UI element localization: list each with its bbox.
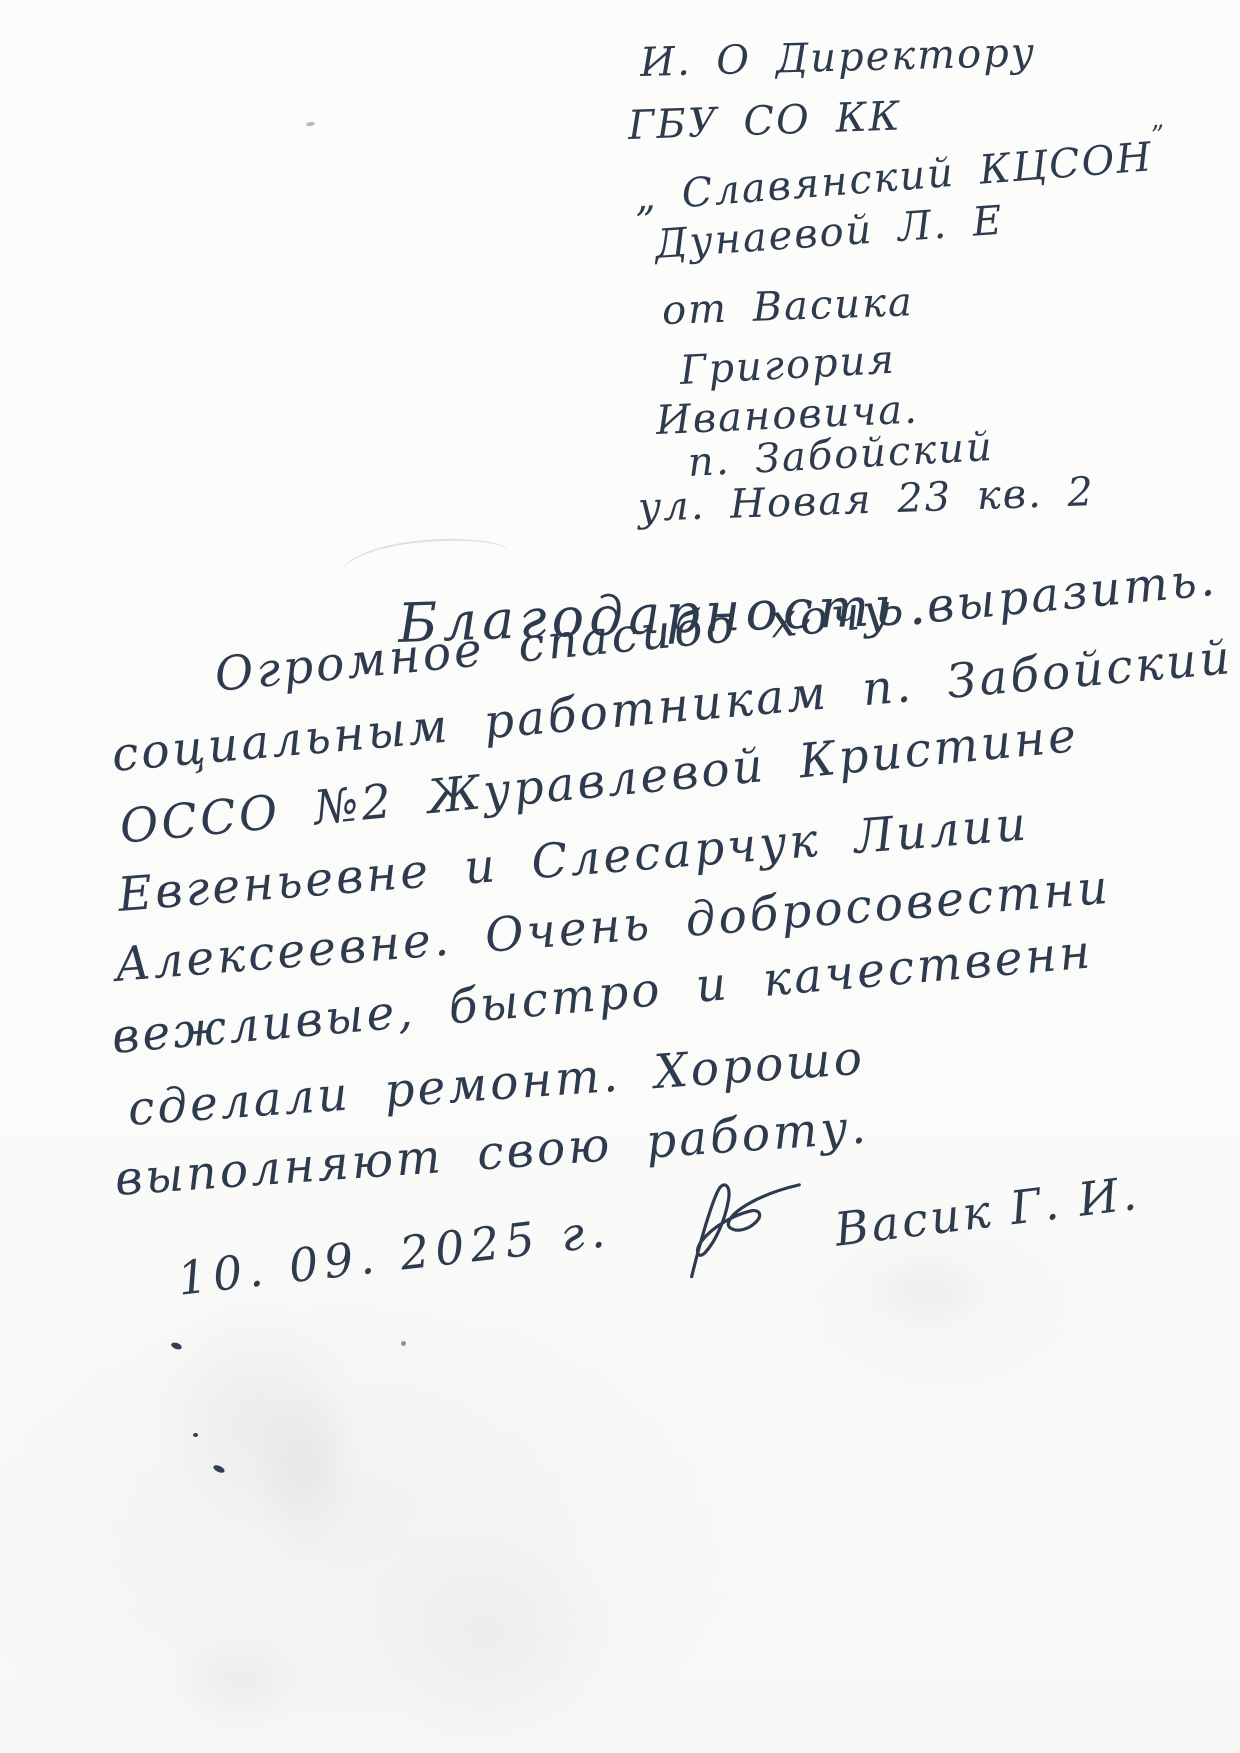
ink-speck	[306, 121, 316, 127]
header-line-org-abbr: ГБУ СО КК	[627, 93, 902, 149]
scan-smudge	[250, 1380, 360, 1560]
scan-smudge	[360, 1520, 620, 1750]
org-name-closing-quote: ”	[1150, 120, 1166, 151]
scanned-letter-page: И. О Директору ГБУ СО КК „ Славянский КЦ…	[0, 0, 1240, 1753]
scan-smudge	[150, 1300, 360, 1530]
ink-speck	[212, 1464, 225, 1475]
signature-paraph-icon	[673, 1170, 814, 1281]
signature-name: Васик Г. И.	[832, 1166, 1142, 1257]
ink-speck	[170, 1341, 182, 1350]
ink-speck	[193, 1433, 198, 1437]
header-line-from: от Васика	[661, 279, 914, 334]
ink-speck	[401, 1341, 406, 1346]
header-line-sender-firstname: Григория	[679, 337, 897, 394]
faint-pen-stroke	[339, 531, 511, 577]
scan-smudge	[170, 1630, 310, 1730]
letter-date: 10. 09. 2025 г.	[175, 1203, 613, 1306]
header-line-addressee-role: И. О Директору	[639, 30, 1036, 86]
scan-smudge	[860, 1250, 990, 1330]
